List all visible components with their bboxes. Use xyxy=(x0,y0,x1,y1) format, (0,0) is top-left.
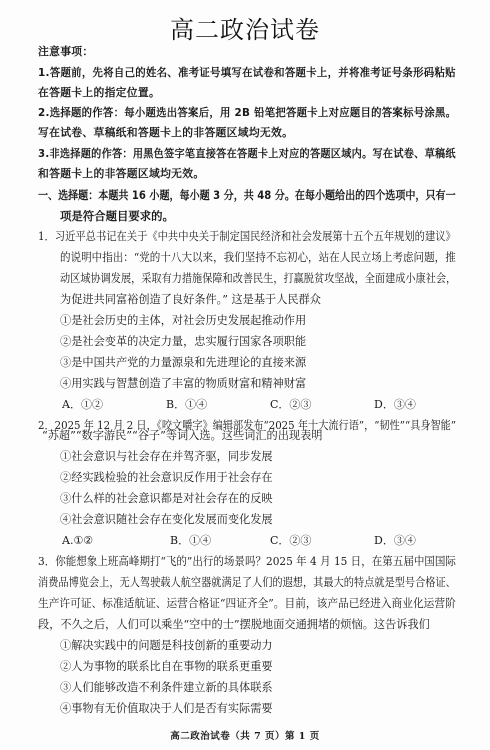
section-heading-cont: 项是符合题目要求的。 xyxy=(60,209,174,223)
question-item: ①是社会历史的主体，对社会历史发展起推动作用 xyxy=(60,314,306,328)
question-item: ②人为事物的联系比自在事物的联系更重要 xyxy=(60,660,273,674)
question-stem: 段，不久之后，人们可以乘坐“空中的士”摆脱地面交通拥堵的烦恼。这告诉我们 xyxy=(38,618,430,632)
page-footer: 高二政治试卷（共 7 页）第 1 页 xyxy=(0,728,490,742)
question-item: ④社会意识随社会存在变化发展而变化发展 xyxy=(60,513,273,527)
question-stem: 3．你能想象上班高峰期打“飞的”出行的场景吗？2025 年 4 月 15 日，在… xyxy=(38,555,456,569)
question-stem: “苏超”“数字游民”“谷子”等词入选。这些词汇的出现表明 xyxy=(42,429,322,443)
exam-title: 高二政治试卷 xyxy=(0,10,490,45)
question-stem: 1．习近平总书记在关于《中共中央关于制定国民经济和社会发展第十五个五年规划的建议… xyxy=(38,230,456,244)
question-stem: 动区域协调发展，采取有力措施保障和改善民生，打赢脱贫攻坚战，全面建成小康社会， xyxy=(60,272,456,286)
question-stem: 为促进共同富裕创造了良好条件。” 这是基于人民群众 xyxy=(60,293,321,307)
option-b: B．①④ xyxy=(170,534,211,548)
question-stem: 消费品博览会上，无人驾驶载人航空器就满足了人们的遐想，其最大的特点就是型号合格证… xyxy=(38,576,456,590)
option-a: A.①② xyxy=(62,534,93,548)
question-item: ①社会意识与社会存在并驾齐驱，同步发展 xyxy=(60,450,273,464)
question-item: ①解决实践中的问题是科技创新的重要动力 xyxy=(60,639,273,653)
section-heading: 一、选择题：本题共 16 小题，每小题 3 分，共 48 分。在每小题给出的四个… xyxy=(38,188,456,202)
exam-page: 高二政治试卷 注意事项： 1.答题前，先将自己的姓名、准考证号填写在试卷和答题卡… xyxy=(0,0,490,750)
question-item: ④事物有无价值取决于人们是否有实际需要 xyxy=(60,702,273,716)
question-item: ③什么样的社会意识都是对社会存在的反映 xyxy=(60,492,273,506)
notice-heading: 注意事项： xyxy=(38,45,93,59)
notice-line: 在答题卡上的指定位置。 xyxy=(38,86,160,100)
question-item: ③人们能够改造不利条件建立新的具体联系 xyxy=(60,681,273,695)
question-item: ③是中国共产党的力量源泉和先进理论的直接来源 xyxy=(60,356,306,370)
notice-line: 和答题卡上的非答题区域均无效。 xyxy=(38,167,204,181)
option-c: C．②③ xyxy=(270,398,311,412)
question-item: ④用实践与智慧创造了丰富的物质财富和精神财富 xyxy=(60,377,306,391)
option-d: D．③④ xyxy=(374,398,416,412)
notice-line: 3.非选择题的作答：用黑色签字笔直接答在答题卡上对应的答题区域内。写在试卷、草稿… xyxy=(38,147,456,161)
option-c: C．②③ xyxy=(270,534,311,548)
question-stem: 的说明中指出：“党的十八大以来，我们坚持不忘初心，站在人民立场上考虑问题，推 xyxy=(60,251,456,265)
question-item: ②是社会变革的决定力量，忠实履行国家各项职能 xyxy=(60,335,306,349)
notice-line: 写在试卷、草稿纸和答题卡上的非答题区域均无效。 xyxy=(38,126,293,140)
option-b: B．①④ xyxy=(166,398,207,412)
option-d: D．③④ xyxy=(374,534,416,548)
option-a: A．①② xyxy=(62,398,103,412)
notice-line: 2.选择题的作答：每小题选出答案后，用 2B 铅笔把答题卡上对应题目的答案标号涂… xyxy=(38,106,456,120)
question-stem: 生产许可证、标准适航证、运营合格证“四证齐全”。目前，该产品已经进入商业化运营阶 xyxy=(38,597,456,611)
question-item: ②经实践检验的社会意识反作用于社会存在 xyxy=(60,471,273,485)
notice-line: 1.答题前，先将自己的姓名、准考证号填写在试卷和答题卡上，并将准考证号条形码粘贴 xyxy=(38,66,456,80)
